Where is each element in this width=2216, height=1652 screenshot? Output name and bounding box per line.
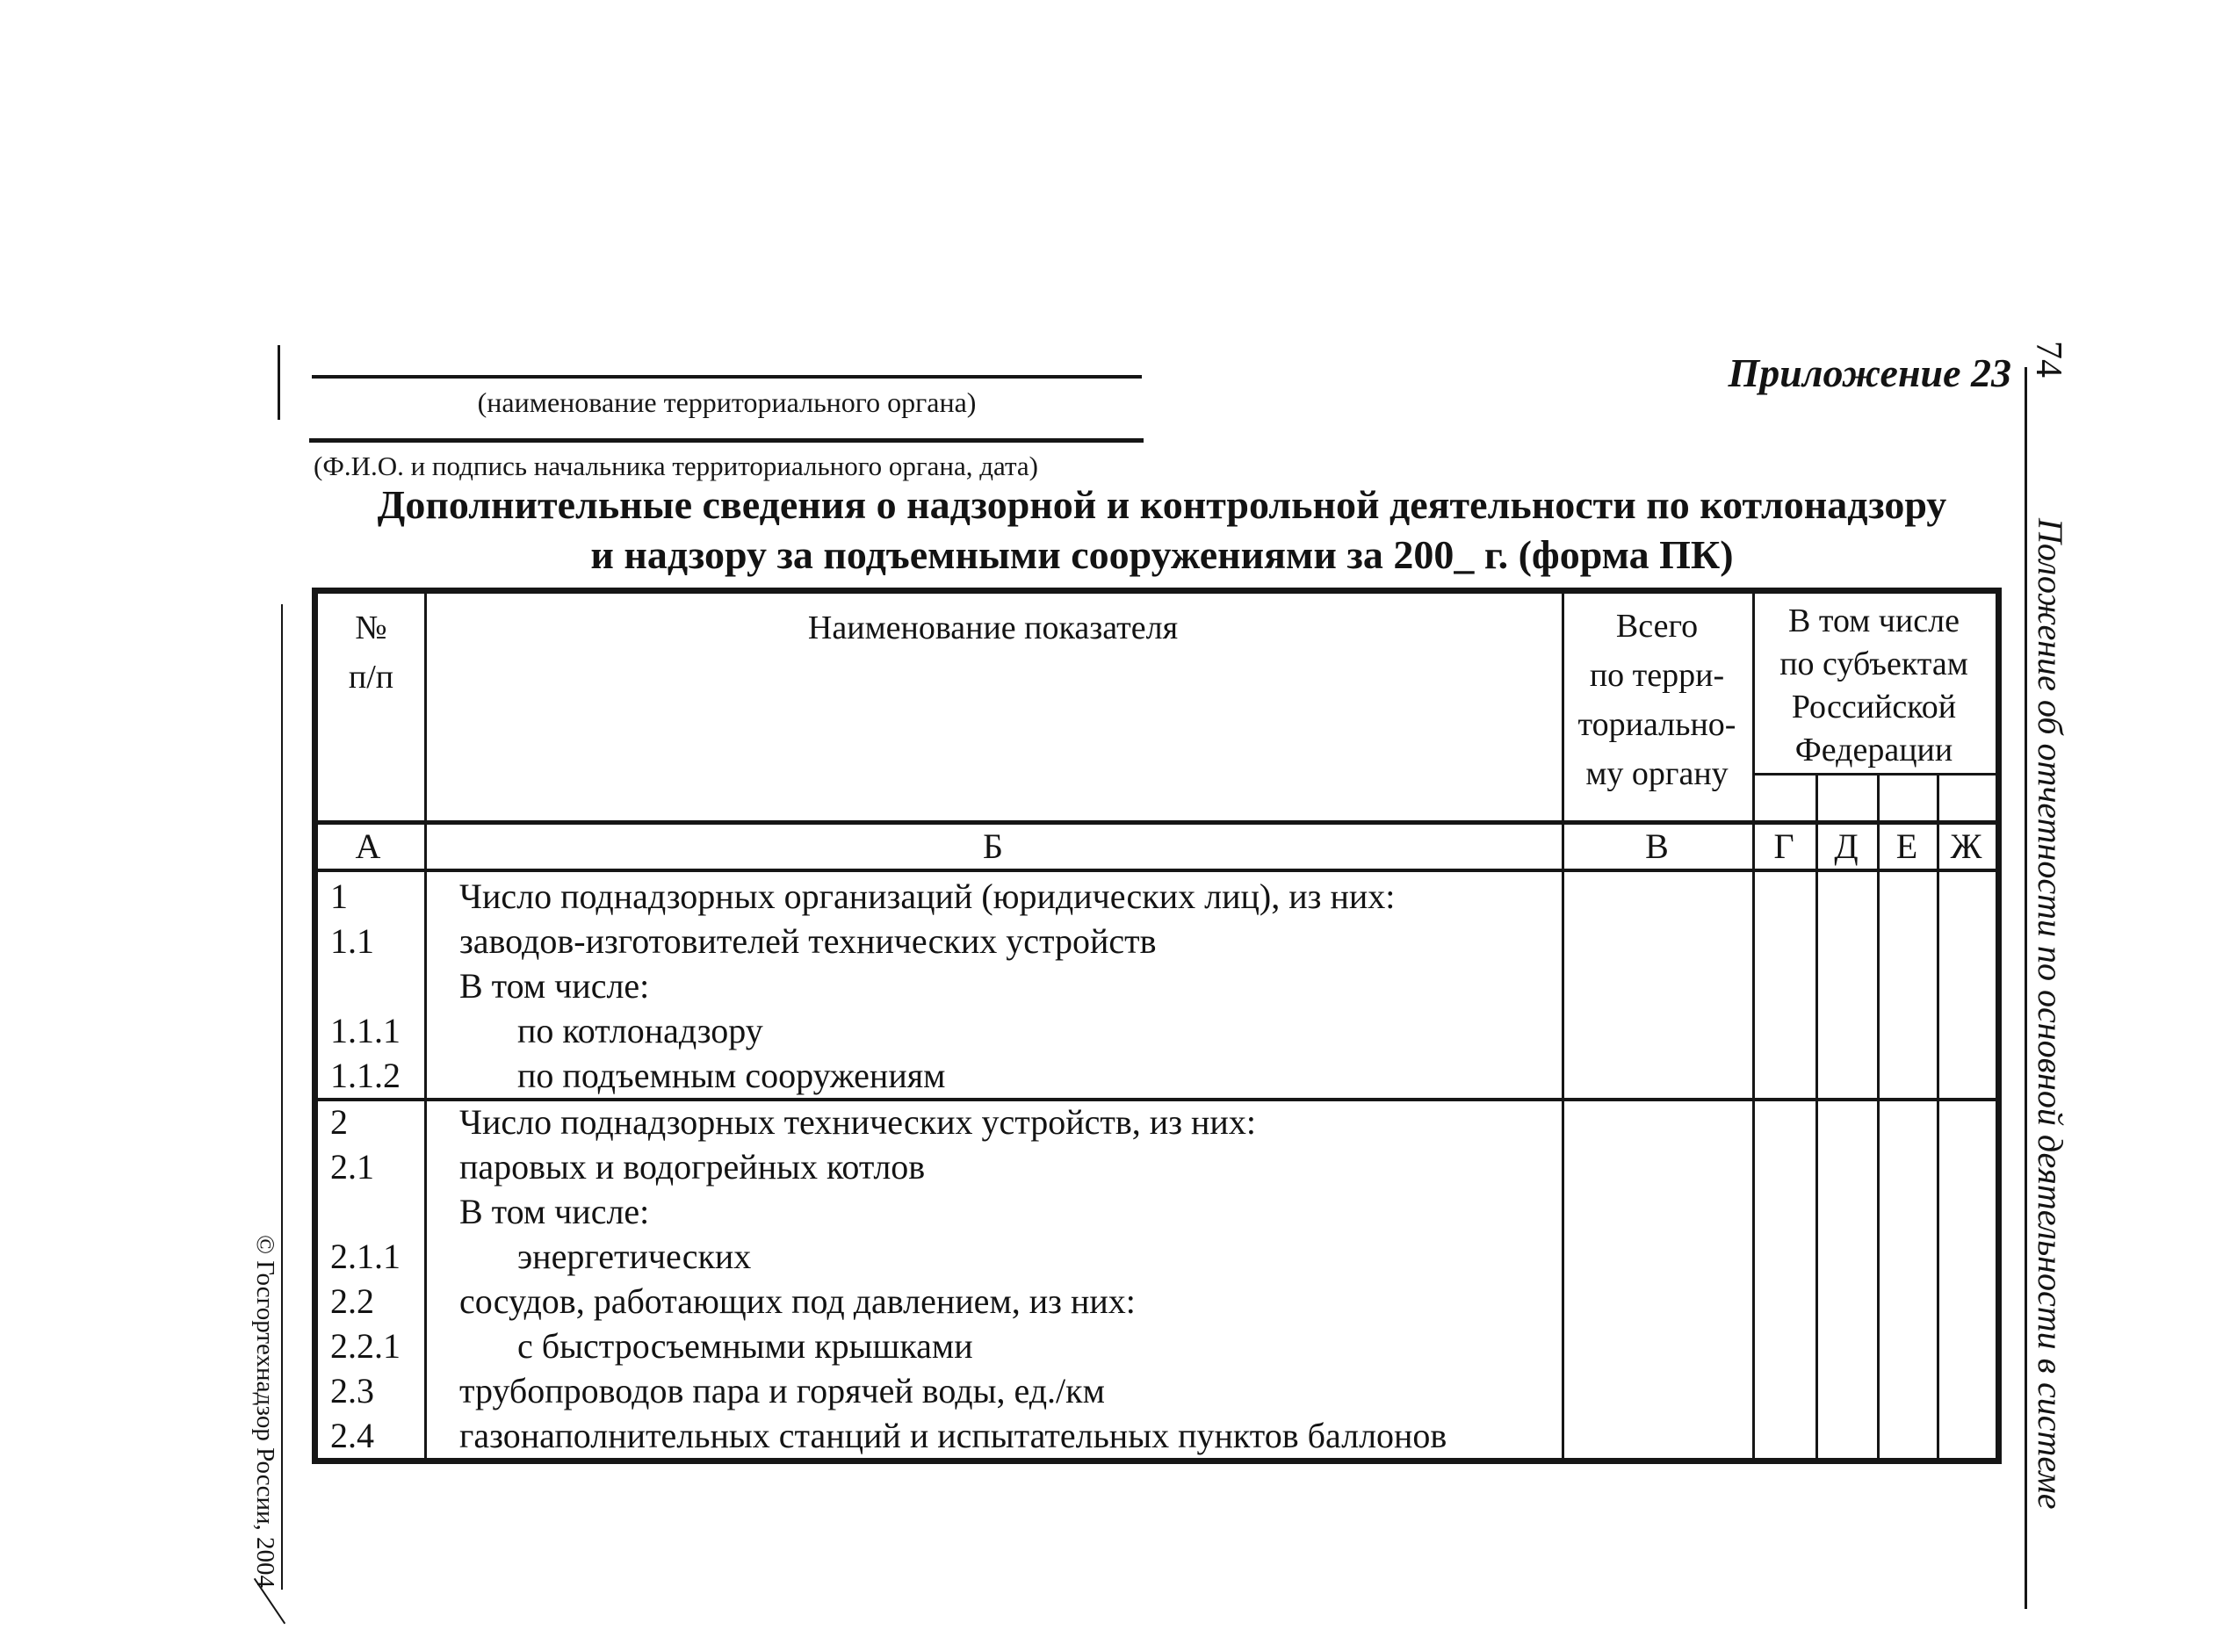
row-text: трубопроводов пара и горячей воды, ед./к… — [437, 1370, 1105, 1411]
table-row: 1.1.1 по котлонадзору — [318, 1008, 1996, 1053]
copyright-rotated: © Госгортехнадзор России, 2004 — [250, 1235, 279, 1588]
table-row: 1.1 заводов-изготовителей технических ус… — [318, 919, 1996, 963]
letter-cell-a: А — [312, 826, 424, 868]
row-text: В том числе: — [437, 965, 649, 1006]
signature-rule-1 — [312, 375, 1142, 379]
table-row: 1 Число поднадзорных организаций (юридич… — [318, 874, 1996, 919]
row-text: по котлонадзору — [437, 1010, 763, 1051]
row-line-letters-top — [312, 820, 2002, 825]
row-text: Число поднадзорных технических устройств… — [437, 1101, 1256, 1143]
table-row: 1.1.2 по подъемным сооружениям — [318, 1053, 1996, 1098]
letter-cell-b: Б — [424, 826, 1562, 868]
document-page: (наименование территориального органа) (… — [0, 0, 2216, 1652]
row-number: 1 — [318, 876, 437, 917]
row-text: сосудов, работающих под давлением, из ни… — [437, 1280, 1136, 1322]
letter-cell-e: Е — [1877, 826, 1937, 868]
row-text: с быстросъемными крышками — [437, 1325, 973, 1367]
row-text: по подъемным сооружениям — [437, 1055, 945, 1096]
col-header-total: Всего по терри- ториально- му органу — [1562, 602, 1752, 798]
margin-rule — [2025, 367, 2027, 1609]
row-text: заводов-изготовителей технических устрой… — [437, 920, 1157, 962]
row-number: 1.1.2 — [318, 1055, 437, 1096]
row-number: 2.2 — [318, 1280, 437, 1322]
row-text: энергетических — [437, 1236, 751, 1277]
table-border-left — [312, 588, 318, 1464]
table-row: 2.3 трубопроводов пара и горячей воды, е… — [318, 1368, 1996, 1413]
signature-caption-2: (Ф.И.О. и подпись начальника территориал… — [314, 451, 1038, 482]
row-number: 1.1 — [318, 920, 437, 962]
table-row: В том числе: — [318, 963, 1996, 1008]
table-row: 2 Число поднадзорных технических устройс… — [318, 1100, 1996, 1144]
report-table: № п/п Наименование показателя Всего по т… — [312, 588, 2002, 1464]
table-row: 2.1 паровых и водогрейных котлов — [318, 1144, 1996, 1189]
row-number: 1.1.1 — [318, 1010, 437, 1051]
page-title-line1: Дополнительные сведения о надзорной и ко… — [314, 483, 2010, 527]
col-header-num: № п/п — [318, 603, 424, 702]
row-number: 2 — [318, 1101, 437, 1143]
col-header-name: Наименование показателя — [424, 603, 1562, 653]
table-group-2: 2 Число поднадзорных технических устройс… — [318, 1100, 1996, 1458]
table-group-1: 1 Число поднадзорных организаций (юридич… — [318, 874, 1996, 1098]
letter-cell-d: Д — [1815, 826, 1877, 868]
row-number: 2.2.1 — [318, 1325, 437, 1367]
row-text: паровых и водогрейных котлов — [437, 1146, 925, 1187]
page-number-rotated: 74 — [2027, 341, 2069, 378]
table-row: 2.1.1 энергетических — [318, 1234, 1996, 1279]
col-header-subjects: В том числе по субъектам Российской Феде… — [1752, 600, 1996, 772]
table-row: 2.2.1 с быстросъемными крышками — [318, 1324, 1996, 1368]
table-row: 2.2 сосудов, работающих под давлением, и… — [318, 1279, 1996, 1324]
table-row: В том числе: — [318, 1189, 1996, 1234]
row-text: газонаполнительных станций и испытательн… — [437, 1415, 1447, 1456]
row-line-letters-bottom — [312, 869, 2002, 872]
letter-cell-v: В — [1562, 826, 1752, 868]
fold-line-top — [278, 345, 280, 420]
table-border-right — [1996, 588, 2002, 1464]
fold-line — [281, 604, 283, 1590]
table-border-top — [312, 588, 2002, 594]
row-number: 2.1 — [318, 1146, 437, 1187]
row-line-subjects — [1752, 773, 2002, 776]
signature-caption-1: (наименование территориального органа) — [312, 386, 1142, 419]
table-row: 2.4 газонаполнительных станций и испытат… — [318, 1413, 1996, 1458]
row-number: 2.4 — [318, 1415, 437, 1456]
row-number: 2.1.1 — [318, 1236, 437, 1277]
table-border-bottom — [312, 1458, 2002, 1464]
row-number: 2.3 — [318, 1370, 437, 1411]
row-text: Число поднадзорных организаций (юридичес… — [437, 876, 1395, 917]
signature-rule-2 — [309, 438, 1144, 443]
appendix-label: Приложение 23 — [1493, 350, 2011, 396]
row-text: В том числе: — [437, 1191, 649, 1232]
letter-cell-zh: Ж — [1937, 826, 1996, 868]
running-title-rotated: Положение об отчетности по основной деят… — [2030, 518, 2071, 1509]
page-title-line2: и надзору за подъемными сооружениями за … — [314, 533, 2010, 577]
letter-cell-g: Г — [1752, 826, 1815, 868]
